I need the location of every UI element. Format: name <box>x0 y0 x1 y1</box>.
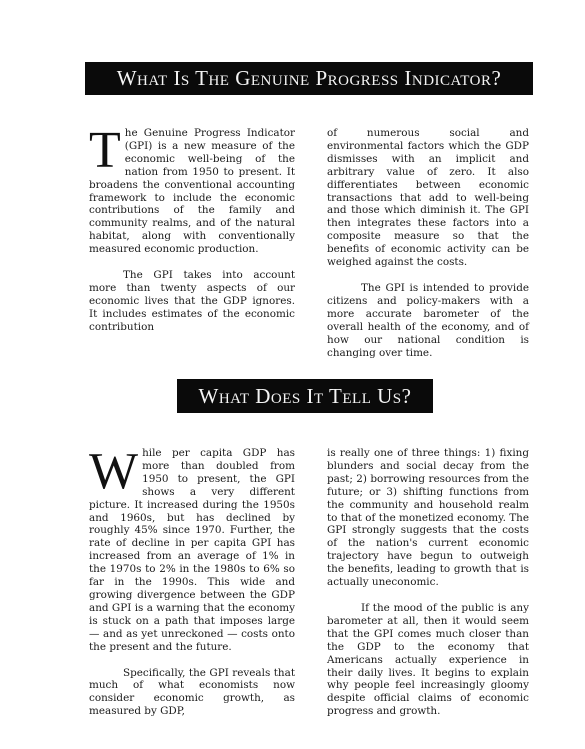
paragraph: While per capita GDP has more than doubl… <box>89 447 295 654</box>
drop-cap: T <box>89 130 121 172</box>
paragraph: of numerous social and environmental fac… <box>327 127 529 269</box>
paragraph: The Genuine Progress Indicator (GPI) is … <box>89 127 295 256</box>
section-heading-gpi: What Is The Genuine Progress Indicator? <box>85 62 533 95</box>
drop-cap: W <box>89 451 138 493</box>
paragraph: Specifically, the GPI reveals that much … <box>89 667 295 719</box>
section1-left-column: The Genuine Progress Indicator (GPI) is … <box>89 127 295 334</box>
section1-right-column: of numerous social and environmental fac… <box>327 127 529 359</box>
paragraph: The GPI is intended to provide citizens … <box>327 282 529 359</box>
heading-text: What Is The Genuine Progress Indicator? <box>117 66 502 91</box>
section-heading-what-does-it-tell-us: What Does It Tell Us? <box>177 379 433 413</box>
section2-right-column: is really one of three things: 1) fixing… <box>327 447 529 718</box>
paragraph: If the mood of the public is any baromet… <box>327 602 529 718</box>
heading-text: What Does It Tell Us? <box>199 384 412 409</box>
section2-left-column: While per capita GDP has more than doubl… <box>89 447 295 718</box>
paragraph: is really one of three things: 1) fixing… <box>327 447 529 589</box>
paragraph: The GPI takes into account more than twe… <box>89 269 295 334</box>
